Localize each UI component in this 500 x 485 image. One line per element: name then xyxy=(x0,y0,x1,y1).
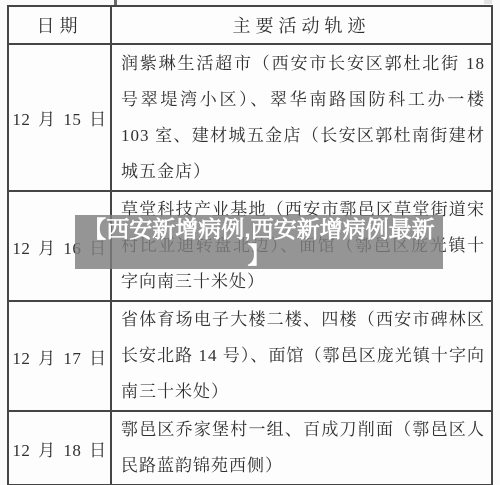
table-row: 12 月 17 日 省体育场电子大楼二楼、四楼（西安市碑林区长安北路 14 号）… xyxy=(8,301,492,411)
column-header-date: 日期 xyxy=(8,6,111,44)
activity-cell: 省体育场电子大楼二楼、四楼（西安市碑林区长安北路 14 号）、面馆（鄠邑区庞光镇… xyxy=(111,301,492,411)
table-row: 12 月 15 日 润紫琳生活超市（西安市长安区郭杜北街 18 号翠堤湾小区）、… xyxy=(8,44,492,191)
scan-artifact-tick xyxy=(484,0,492,4)
activity-cell: 润紫琳生活超市（西安市长安区郭杜北街 18 号翠堤湾小区）、翠华南路国防科工办一… xyxy=(111,44,492,191)
date-cell: 12 月 17 日 xyxy=(8,301,111,411)
watermark-text-line2: 】 xyxy=(248,242,271,268)
table-row: 12 月 18 日 鄠邑区乔家堡村一组、百成刀削面（鄠邑区人民路蓝韵锦苑西侧） xyxy=(8,411,492,485)
activity-cell: 鄠邑区乔家堡村一组、百成刀削面（鄠邑区人民路蓝韵锦苑西侧） xyxy=(111,411,492,485)
date-cell: 12 月 15 日 xyxy=(8,44,111,191)
watermark-text-line1: 【西安新增病例,西安新增病例最新 xyxy=(83,216,434,242)
watermark-overlay: 【西安新增病例,西安新增病例最新 】 xyxy=(75,215,443,269)
date-cell: 12 月 18 日 xyxy=(8,411,111,485)
table-header-row: 日期 主要活动轨迹 xyxy=(8,6,492,44)
column-header-activity: 主要活动轨迹 xyxy=(111,6,492,44)
